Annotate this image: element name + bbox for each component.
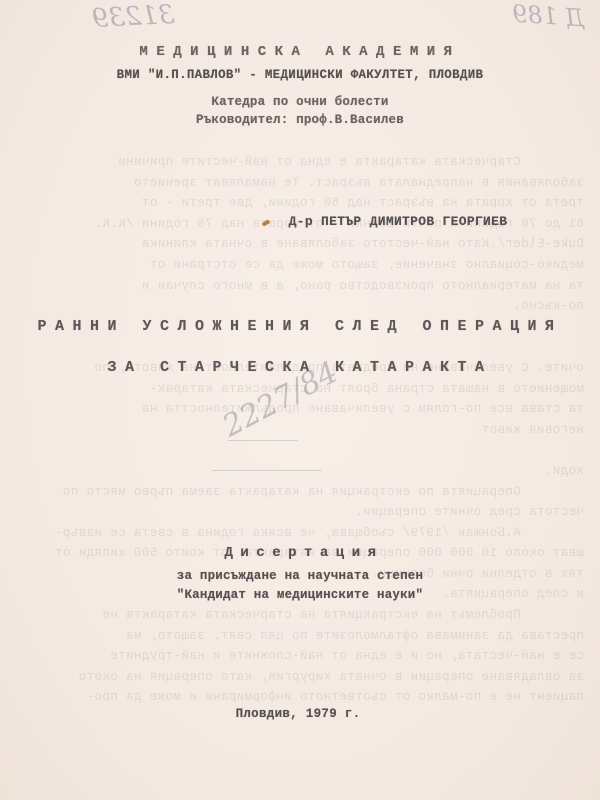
supervisor-line: Ръководител: проф.В.Василев <box>0 113 600 127</box>
faculty-line: ВМИ "И.П.ПАВЛОВ" - МЕДИЦИНСКИ ФАКУЛТЕТ, … <box>0 68 600 82</box>
bleed-through-line: А.Бонжак /1979/ съобщава, че всяка годин… <box>64 523 584 544</box>
stamp-line <box>212 470 322 471</box>
document-page: Старческата катаракта е една от най-чест… <box>0 0 600 800</box>
bleed-through-line: заболявания в напредналата възраст. Те н… <box>64 173 584 194</box>
bleed-through-line: трета от хората на възраст над 60 години… <box>64 193 584 214</box>
bleed-through-line: Проблемът на екстракцията на старческата… <box>64 605 584 626</box>
bleed-through-line: медико-социално значение, защото може да… <box>64 255 584 276</box>
dissertation-title-line1: РАННИ УСЛОЖНЕНИЯ СЛЕД ОПЕРАЦИЯ <box>0 318 600 335</box>
bleed-through-line: престава да занимава офталмолозите по ця… <box>64 626 584 647</box>
bleed-through-line: Операцията по екстракция на катаракта за… <box>64 482 584 503</box>
purpose-line1: за присъждане на научната степен <box>0 569 600 583</box>
handwritten-catalog-number: 31239 <box>91 0 175 34</box>
institution-heading: МЕДИЦИНСКА АКАДЕМИЯ <box>0 44 600 60</box>
bleed-through-line <box>64 337 584 358</box>
bleed-through-line: се е най-честата, но и е една от най-сло… <box>64 646 584 667</box>
bleed-through-line: та на материалното производство рано, а … <box>64 276 584 297</box>
bleed-through-line <box>64 440 584 461</box>
bleed-through-line: честота сред очните операции. <box>64 502 584 523</box>
bleed-through-text: Старческата катаракта е една от най-чест… <box>64 152 584 708</box>
bleed-through-line: неговия живот. <box>64 420 584 441</box>
bleed-through-line: пациент не е по-малко от съответното инф… <box>64 687 584 708</box>
handwritten-shelf-mark: Д 189 <box>511 0 586 33</box>
document-type: Дисертация <box>4 545 600 561</box>
author-name: Д-р ПЕТЪР ДИМИТРОВ ГЕОРГИЕВ <box>98 214 600 229</box>
department-line: Катедра по очни болести <box>0 95 600 109</box>
bleed-through-line: по-късно. <box>64 296 584 317</box>
bleed-through-line: та става все по-голям с увеличаване прод… <box>64 399 584 420</box>
bleed-through-line: Старческата катаракта е една от най-чест… <box>64 152 584 173</box>
bleed-through-line: ходи. <box>64 461 584 482</box>
purpose-line2: "Кандидат на медицинските науки" <box>0 588 600 602</box>
place-and-year: Пловдив, 1979 г. <box>0 707 598 721</box>
bleed-through-line: за овладяване операции в очната хирургия… <box>64 667 584 688</box>
stamp-line <box>228 440 298 441</box>
bleed-through-line: Duke-Elder/.Като най-честото заболяване … <box>64 234 584 255</box>
